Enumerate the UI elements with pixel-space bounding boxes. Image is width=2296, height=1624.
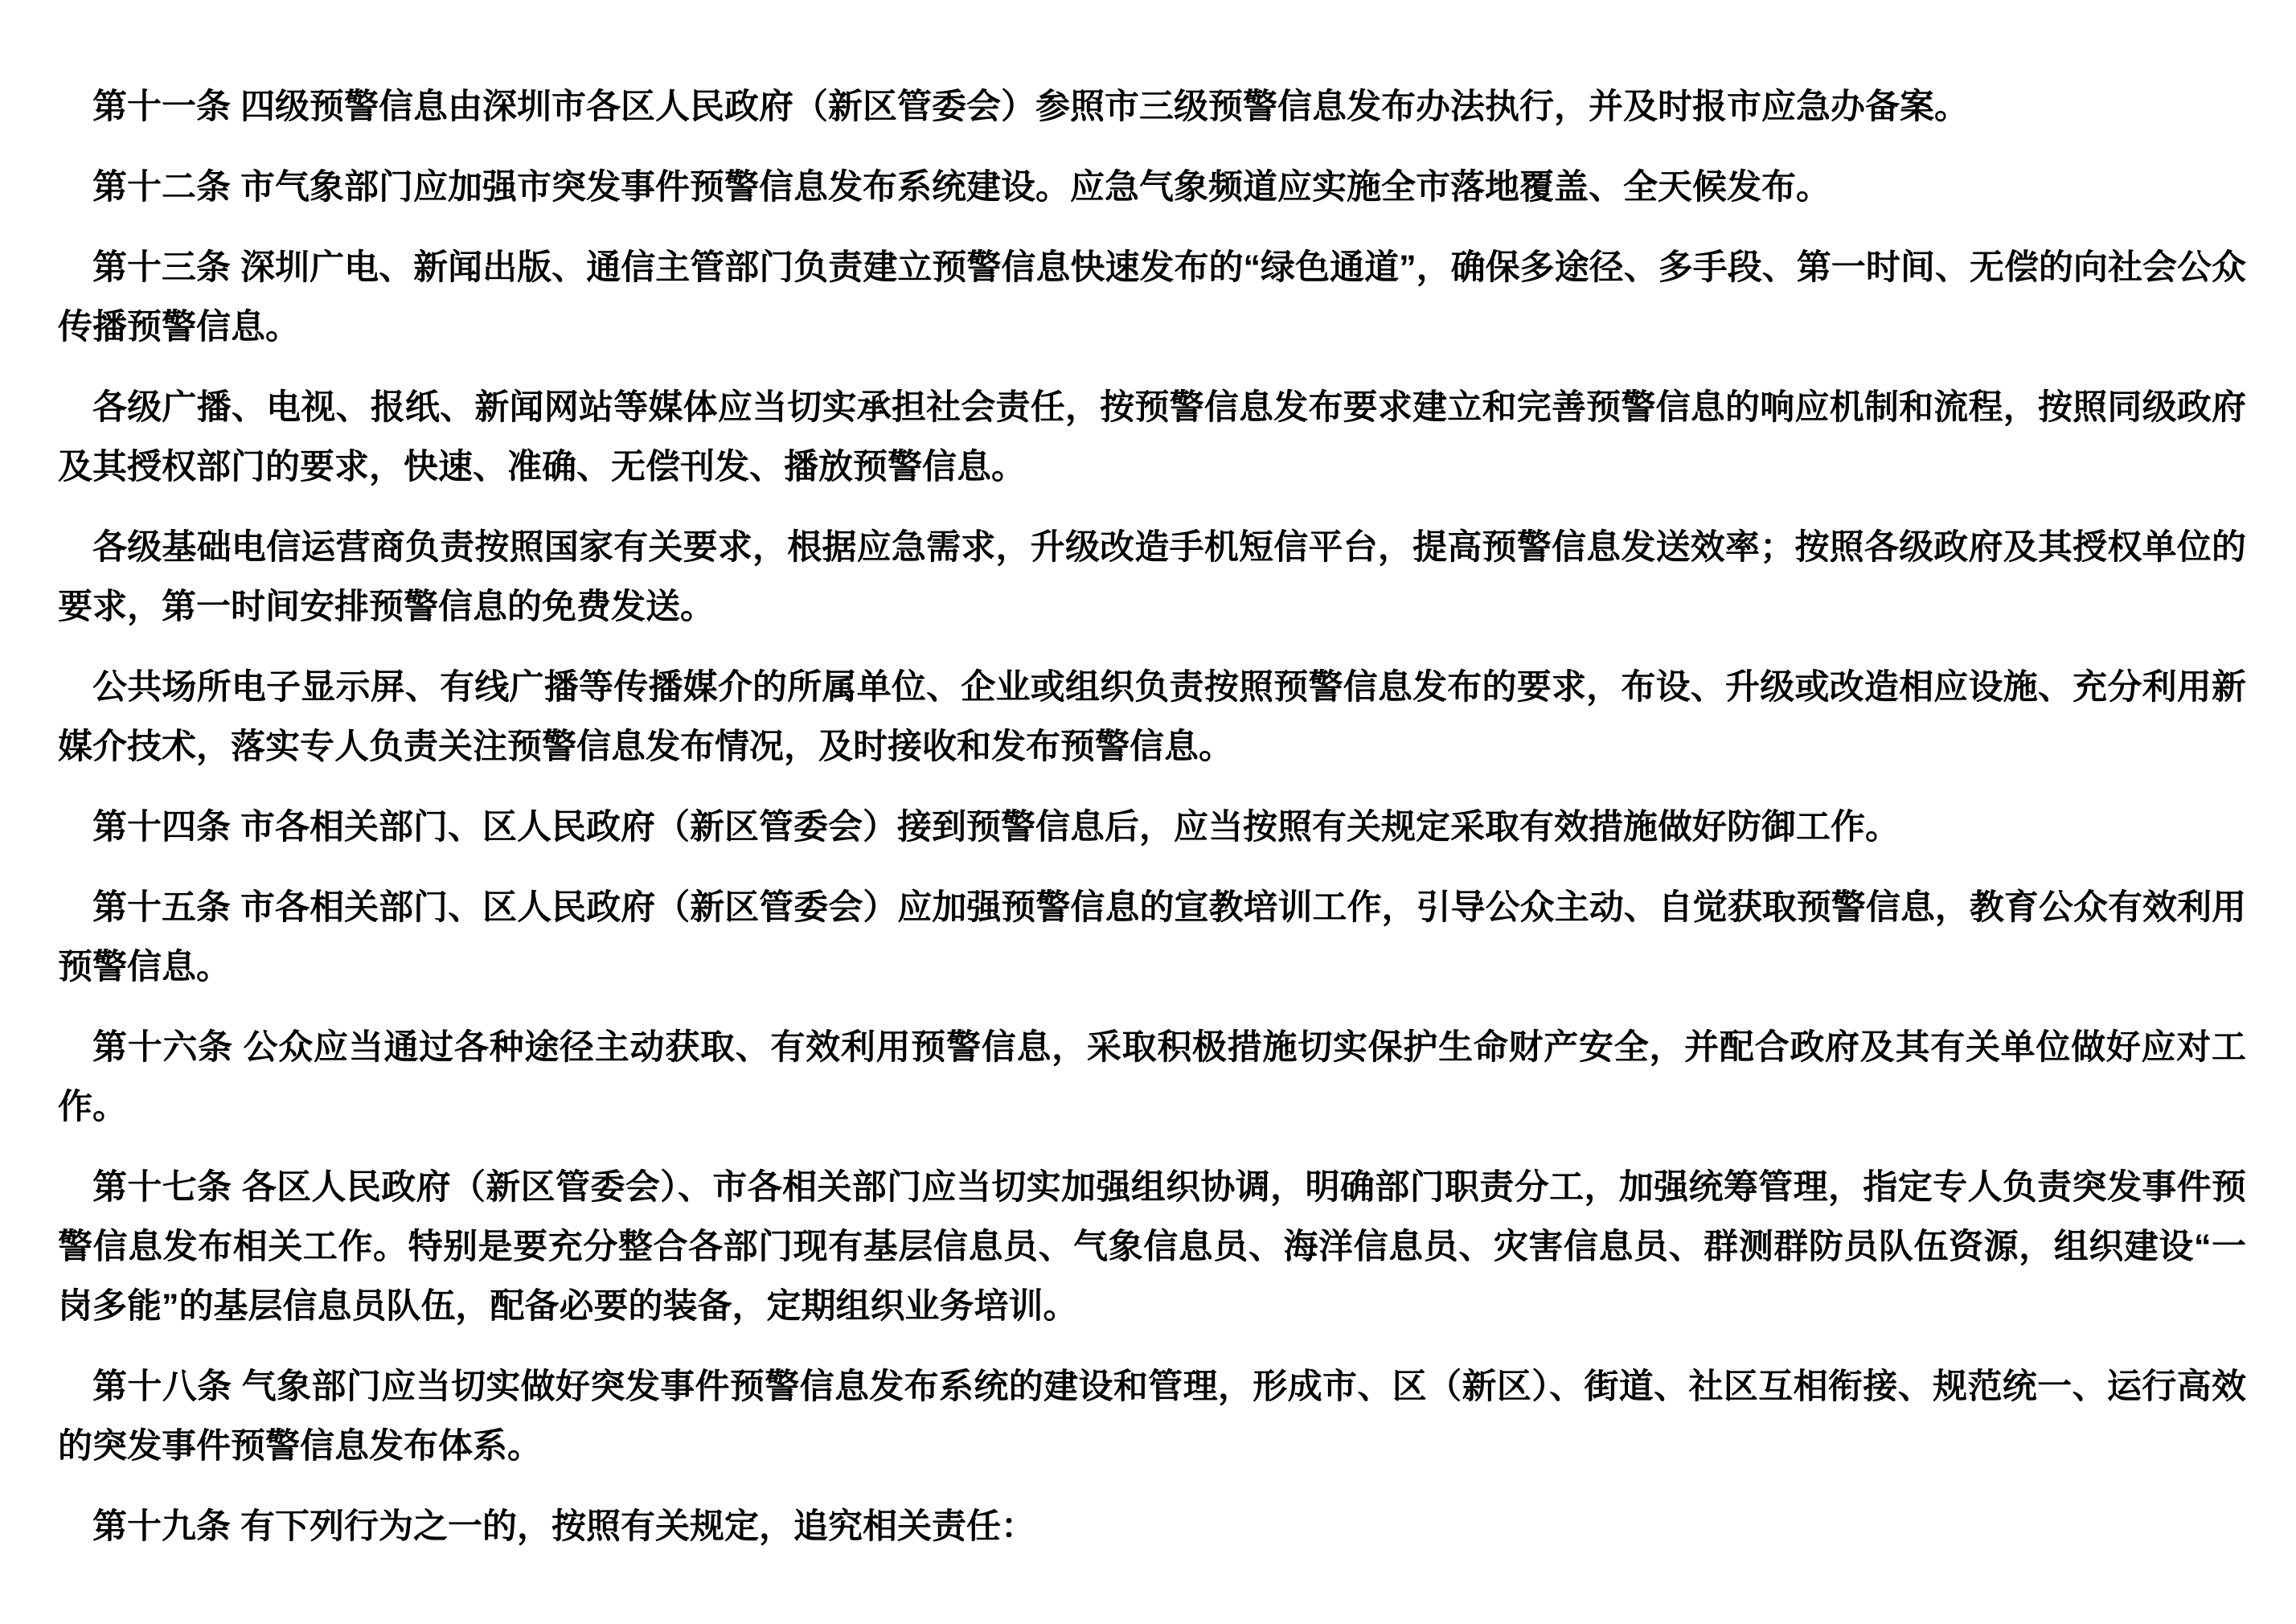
- para-article-15: 第十五条 市各相关部门、区人民政府（新区管委会）应加强预警信息的宣教培训工作，引…: [58, 878, 2246, 997]
- para-article-11: 第十一条 四级预警信息由深圳市各区人民政府（新区管委会）参照市三级预警信息发布办…: [58, 77, 2246, 137]
- para-article-14: 第十四条 市各相关部门、区人民政府（新区管委会）接到预警信息后，应当按照有关规定…: [58, 798, 2246, 857]
- para-article-16: 第十六条 公众应当通过各种途径主动获取、有效利用预警信息，采取积极措施切实保护生…: [58, 1018, 2246, 1137]
- para-telecom-operators: 各级基础电信运营商负责按照国家有关要求，根据应急需求，升级改造手机短信平台，提高…: [58, 518, 2246, 637]
- para-media-responsibility: 各级广播、电视、报纸、新闻网站等媒体应当切实承担社会责任，按预警信息发布要求建立…: [58, 378, 2246, 497]
- para-article-13: 第十三条 深圳广电、新闻出版、通信主管部门负责建立预警信息快速发布的“绿色通道”…: [58, 238, 2246, 357]
- para-article-18: 第十八条 气象部门应当切实做好突发事件预警信息发布系统的建设和管理，形成市、区（…: [58, 1357, 2246, 1476]
- para-public-display: 公共场所电子显示屏、有线广播等传播媒介的所属单位、企业或组织负责按照预警信息发布…: [58, 658, 2246, 777]
- para-article-19: 第十九条 有下列行为之一的，按照有关规定，追究相关责任：: [58, 1497, 2246, 1556]
- document-page: 第十一条 四级预警信息由深圳市各区人民政府（新区管委会）参照市三级预警信息发布办…: [0, 0, 2296, 1624]
- para-article-12: 第十二条 市气象部门应加强市突发事件预警信息发布系统建设。应急气象频道应实施全市…: [58, 158, 2246, 217]
- para-article-17: 第十七条 各区人民政府（新区管委会）、市各相关部门应当切实加强组织协调，明确部门…: [58, 1158, 2246, 1336]
